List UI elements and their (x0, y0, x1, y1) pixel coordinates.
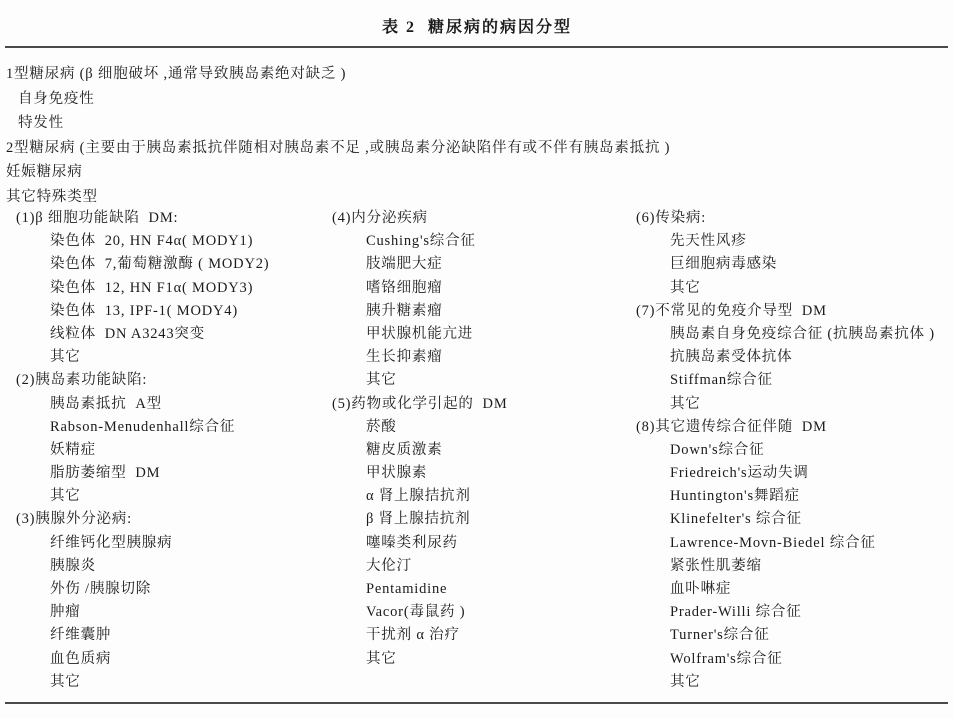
list-item: 肿瘤 (16, 601, 332, 624)
list-item: 其它 (636, 393, 952, 416)
list-item: 噻嗪类利尿药 (332, 532, 648, 555)
intro-line: 1型糖尿病 (β 细胞破坏 ,通常导致胰岛素绝对缺乏 ) (0, 62, 946, 87)
list-item: 其它 (636, 671, 952, 694)
list-item: 其它 (332, 369, 648, 392)
list-item: 染色体 13, IPF-1( MODY4) (16, 300, 332, 323)
list-item: 血色质病 (16, 648, 332, 671)
intro-line: 2型糖尿病 (主要由于胰岛素抵抗伴随相对胰岛素不足 ,或胰岛素分泌缺陷伴有或不伴… (0, 136, 946, 161)
list-item: 胰腺炎 (16, 555, 332, 578)
group-header: (1)β 细胞功能缺陷 DM: (16, 207, 332, 230)
list-item: 其它 (16, 485, 332, 508)
list-item: β 肾上腺拮抗剂 (332, 508, 648, 531)
list-item: 大伦汀 (332, 555, 648, 578)
list-item: Wolfram's综合征 (636, 648, 952, 671)
list-item: 胰岛素抵抗 A型 (16, 393, 332, 416)
list-item: Stiffman综合征 (636, 369, 952, 392)
list-item: 线粒体 DN A3243突变 (16, 323, 332, 346)
table-title: 表 2 糖尿病的病因分型 (0, 14, 954, 37)
list-item: 外伤 /胰腺切除 (16, 578, 332, 601)
list-item: 先天性风疹 (636, 230, 952, 253)
list-item: 其它 (636, 277, 952, 300)
column-3: (6)传染病:先天性风疹巨细胞病毒感染其它(7)不常见的免疫介导型 DM胰岛素自… (636, 207, 952, 694)
list-item: Pentamidine (332, 578, 648, 601)
list-item: 抗胰岛素受体抗体 (636, 346, 952, 369)
list-item: 肢端肥大症 (332, 253, 648, 276)
list-item: 菸酸 (332, 416, 648, 439)
list-item: Friedreich's运动失调 (636, 462, 952, 485)
list-item: 其它 (16, 346, 332, 369)
group-header: (6)传染病: (636, 207, 952, 230)
list-item: 染色体 12, HN F1α( MODY3) (16, 277, 332, 300)
intro-line: 特发性 (0, 111, 946, 136)
top-rule (5, 46, 948, 48)
group-header: (7)不常见的免疫介导型 DM (636, 300, 952, 323)
list-item: 纤维钙化型胰腺病 (16, 532, 332, 555)
classification-intro: 1型糖尿病 (β 细胞破坏 ,通常导致胰岛素绝对缺乏 )自身免疫性特发性2型糖尿… (0, 62, 946, 209)
list-item: Turner's综合征 (636, 624, 952, 647)
group-header: (5)药物或化学引起的 DM (332, 393, 648, 416)
list-item: 血卟啉症 (636, 578, 952, 601)
list-item: 干扰剂 α 治疗 (332, 624, 648, 647)
list-item: 其它 (332, 648, 648, 671)
list-item: Klinefelter's 综合征 (636, 508, 952, 531)
group-header: (3)胰腺外分泌病: (16, 508, 332, 531)
list-item: Vacor(毒鼠药 ) (332, 601, 648, 624)
intro-line: 妊娠糖尿病 (0, 160, 946, 185)
intro-line: 其它特殊类型 (0, 185, 946, 210)
list-item: α 肾上腺拮抗剂 (332, 485, 648, 508)
list-item: 脂肪萎缩型 DM (16, 462, 332, 485)
bottom-rule (5, 702, 948, 704)
list-item: Prader-Willi 综合征 (636, 601, 952, 624)
list-item: 巨细胞病毒感染 (636, 253, 952, 276)
scanned-table-page: 表 2 糖尿病的病因分型 1型糖尿病 (β 细胞破坏 ,通常导致胰岛素绝对缺乏 … (0, 0, 954, 718)
list-item: 紧张性肌萎缩 (636, 555, 952, 578)
list-item: Cushing's综合征 (332, 230, 648, 253)
list-item: 纤维囊肿 (16, 624, 332, 647)
list-item: Rabson-Menudenhall综合征 (16, 416, 332, 439)
list-item: Huntington's舞蹈症 (636, 485, 952, 508)
list-item: Lawrence-Movn-Biedel 综合征 (636, 532, 952, 555)
list-item: 甲状腺素 (332, 462, 648, 485)
list-item: Down's综合征 (636, 439, 952, 462)
list-item: 胰岛素自身免疫综合征 (抗胰岛素抗体 ) (636, 323, 952, 346)
group-header: (8)其它遗传综合征伴随 DM (636, 416, 952, 439)
list-item: 嗜铬细胞瘤 (332, 277, 648, 300)
list-item: 染色体 7,葡萄糖激酶 ( MODY2) (16, 253, 332, 276)
list-item: 胰升糖素瘤 (332, 300, 648, 323)
column-2: (4)内分泌疾病Cushing's综合征肢端肥大症嗜铬细胞瘤胰升糖素瘤甲状腺机能… (332, 207, 648, 671)
list-item: 甲状腺机能亢进 (332, 323, 648, 346)
column-1: (1)β 细胞功能缺陷 DM:染色体 20, HN F4α( MODY1)染色体… (16, 207, 332, 694)
group-header: (2)胰岛素功能缺陷: (16, 369, 332, 392)
list-item: 其它 (16, 671, 332, 694)
list-item: 糖皮质激素 (332, 439, 648, 462)
list-item: 生长抑素瘤 (332, 346, 648, 369)
group-header: (4)内分泌疾病 (332, 207, 648, 230)
intro-line: 自身免疫性 (0, 87, 946, 112)
list-item: 染色体 20, HN F4α( MODY1) (16, 230, 332, 253)
list-item: 妖精症 (16, 439, 332, 462)
